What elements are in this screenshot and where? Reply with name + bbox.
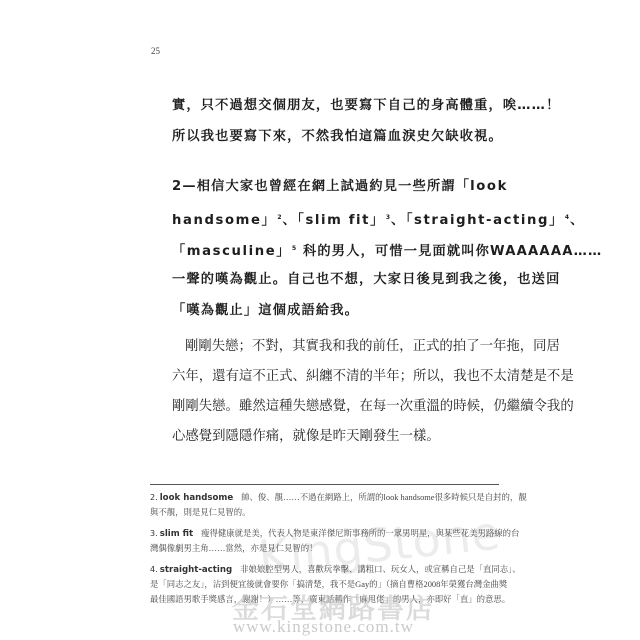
item2-line1-text: 2—相信大家也曾經在網上試過約見一些所謂「 xyxy=(172,179,470,194)
numbered-item-2: 2—相信大家也曾經在網上試過約見一些所謂「look handsome」2、「sl… xyxy=(172,171,502,326)
footnote-divider xyxy=(150,484,499,485)
item2-line3-text: 科的男人，可惜一見面就叫你WAAAAAA…… xyxy=(297,244,602,259)
footnote-line: 2. look handsome帥、俊、靚……不過在網路上，所謂的look ha… xyxy=(150,490,510,505)
footnote-term: look handsome xyxy=(160,493,233,503)
footnote-line: 與不靚，則是見仁見智的。 xyxy=(150,505,510,520)
separator: 、「 xyxy=(283,213,306,228)
footnote-number: 2. xyxy=(150,493,158,502)
body-paragraph: 剛剛失戀；不對，其實我和我的前任，正式的拍了一年拖，同居 六年，還有這不正式、糾… xyxy=(172,331,504,451)
footnote-ref-2[interactable]: 2 xyxy=(277,214,281,221)
page-number: 25 xyxy=(151,46,160,56)
footnote-text: 瘦得健康就是美，代表人物是東洋傑尼斯事務所的一眾男明星，與某些花美男路線的台 xyxy=(201,529,519,538)
footnote-number: 4. xyxy=(150,565,158,574)
footnote-term: slim fit xyxy=(160,529,193,539)
item2-line-1: 2—相信大家也曾經在網上試過約見一些所謂「look xyxy=(172,171,502,202)
body-line-1: 剛剛失戀；不對，其實我和我的前任，正式的拍了一年拖，同居 xyxy=(172,331,504,361)
item2-line-3: 「masculine」5 科的男人，可惜一見面就叫你WAAAAAA…… xyxy=(172,233,502,264)
footnote-ref-3[interactable]: 3 xyxy=(386,214,390,221)
separator: 、「 xyxy=(391,213,414,228)
footnote-2: 2. look handsome帥、俊、靚……不過在網路上，所謂的look ha… xyxy=(150,490,510,520)
term-slim-fit: slim fit」 xyxy=(305,213,384,228)
footnote-text: 非娘娘腔型男人，喜歡玩拳擊、講粗口、玩女人，或宣稱自己是「直同志」、 xyxy=(240,565,521,574)
item2-line-5: 「嘆為觀止」這個成語給我。 xyxy=(172,295,502,326)
item2-line-4: 一聲的嘆為觀止。自己也不想，大家日後見到我之後，也送回 xyxy=(172,264,502,295)
footnote-ref-4[interactable]: 4 xyxy=(565,214,569,221)
footnote-number: 3. xyxy=(150,529,158,538)
body-line-2: 六年，還有這不正式、糾纏不清的半年；所以，我也不太清楚是不是 xyxy=(172,361,504,391)
footnote-line: 灣偶像劇男主角……當然，亦是見仁見智的！ xyxy=(150,541,510,556)
term-masculine: 「masculine」 xyxy=(172,244,291,259)
footnote-term: straight-acting xyxy=(160,565,232,575)
footnote-text: 帥、俊、靚……不過在網路上，所謂的look handsome很多時候只是自封的，… xyxy=(241,493,526,502)
footnote-line: 3. slim fit瘦得健康就是美，代表人物是東洋傑尼斯事務所的一眾男明星，與… xyxy=(150,526,510,541)
item2-line-2: handsome」2、「slim fit」3、「straight-acting」… xyxy=(172,202,502,233)
footnote-ref-5[interactable]: 5 xyxy=(292,245,296,252)
term-look: look xyxy=(470,179,508,194)
intro-paragraph: 實，只不過想交個朋友，也要寫下自己的身高體重，唉……！ 所以我也要寫下來，不然我… xyxy=(172,90,502,152)
footnote-line: 4. straight-acting非娘娘腔型男人，喜歡玩拳擊、講粗口、玩女人，… xyxy=(150,562,510,577)
footnote-3: 3. slim fit瘦得健康就是美，代表人物是東洋傑尼斯事務所的一眾男明星，與… xyxy=(150,526,510,556)
separator: 、 xyxy=(570,213,585,228)
term-handsome: handsome」 xyxy=(172,213,276,228)
body-line-3: 剛剛失戀。雖然這種失戀感覺，在每一次重溫的時候，仍繼續令我的 xyxy=(172,391,504,421)
intro-line-1: 實，只不過想交個朋友，也要寫下自己的身高體重，唉……！ xyxy=(172,90,502,121)
body-line-4: 心感覺到隱隱作痛，就像是昨天剛發生一樣。 xyxy=(172,421,504,451)
intro-line-2: 所以我也要寫下來，不然我怕這篇血淚史欠缺收視。 xyxy=(172,121,502,152)
watermark-url: www.kingstone.com.tw xyxy=(233,617,414,637)
term-straight-acting: straight-acting」 xyxy=(414,213,564,228)
